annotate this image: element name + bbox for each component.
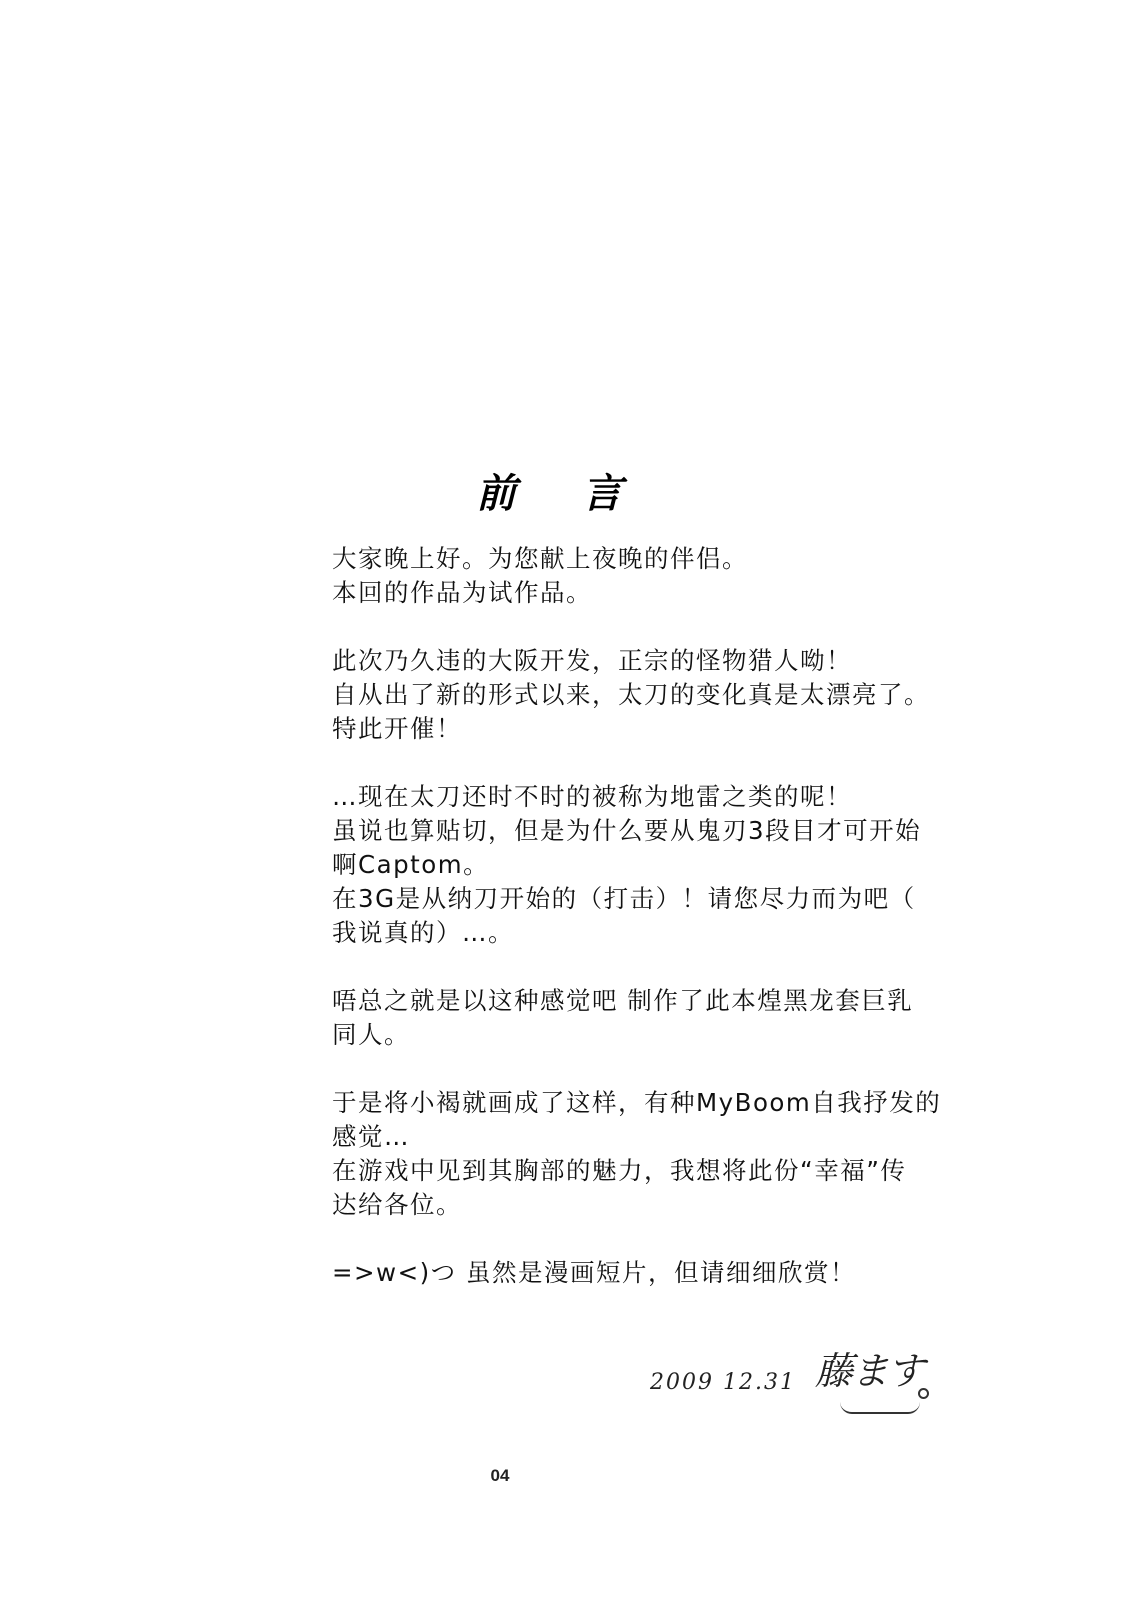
paragraph-spacer [332, 1222, 1012, 1256]
signature-flourish [840, 1402, 920, 1414]
text-line: 我说真的）…。 [332, 916, 1012, 950]
text-line: 达给各位。 [332, 1188, 1012, 1222]
text-line: 于是将小褐就画成了这样，有种MyBoom自我抒发的 [332, 1086, 1012, 1120]
text-line: 唔总之就是以这种感觉吧 制作了此本煌黑龙套巨乳 [332, 984, 1012, 1018]
signature-block: 2009 12.31 藤ます [650, 1330, 970, 1420]
paragraph-spacer [332, 746, 1012, 780]
paragraph: 唔总之就是以这种感觉吧 制作了此本煌黑龙套巨乳 同人。 [332, 984, 1012, 1052]
text-line: 在游戏中见到其胸部的魅力，我想将此份“幸福”传 [332, 1154, 1012, 1188]
paragraph-spacer [332, 1052, 1012, 1086]
paragraph-spacer [332, 610, 1012, 644]
text-line: 感觉… [332, 1120, 1012, 1154]
text-line: =>w<)つ 虽然是漫画短片，但请细细欣赏！ [332, 1256, 1012, 1290]
paragraph: =>w<)つ 虽然是漫画短片，但请细细欣赏！ [332, 1256, 1012, 1290]
text-line: 在3G是从纳刀开始的（打击）！请您尽力而为吧（ [332, 882, 1012, 916]
text-line: 同人。 [332, 1018, 1012, 1052]
preface-body: 大家晚上好。为您献上夜晚的伴侣。 本回的作品为试作品。 此次乃久违的大阪开发，正… [332, 542, 1012, 1290]
text-line: 自从出了新的形式以来，太刀的变化真是太漂亮了。 [332, 678, 1012, 712]
text-line: 本回的作品为试作品。 [332, 576, 1012, 610]
date: 2009 12.31 [650, 1370, 796, 1395]
author-signature: 藤ます [815, 1340, 923, 1395]
signature-dot [918, 1388, 929, 1399]
text-line: …现在太刀还时不时的被称为地雷之类的呢！ [332, 780, 1012, 814]
page-number: 04 [0, 1466, 1000, 1486]
paragraph: …现在太刀还时不时的被称为地雷之类的呢！ 虽说也算贴切，但是为什么要从鬼刃3段目… [332, 780, 1012, 950]
text-line: 啊Captom。 [332, 848, 1012, 882]
text-line: 虽说也算贴切，但是为什么要从鬼刃3段目才可开始 [332, 814, 1012, 848]
paragraph: 于是将小褐就画成了这样，有种MyBoom自我抒发的 感觉… 在游戏中见到其胸部的… [332, 1086, 1012, 1222]
text-line: 此次乃久违的大阪开发，正宗的怪物猎人呦！ [332, 644, 1012, 678]
paragraph: 此次乃久违的大阪开发，正宗的怪物猎人呦！ 自从出了新的形式以来，太刀的变化真是太… [332, 644, 1012, 746]
paragraph: 大家晚上好。为您献上夜晚的伴侣。 本回的作品为试作品。 [332, 542, 1012, 610]
text-line: 大家晚上好。为您献上夜晚的伴侣。 [332, 542, 1012, 576]
text-line: 特此开催！ [332, 712, 1012, 746]
paragraph-spacer [332, 950, 1012, 984]
page-title: 前 言 [0, 470, 1124, 518]
